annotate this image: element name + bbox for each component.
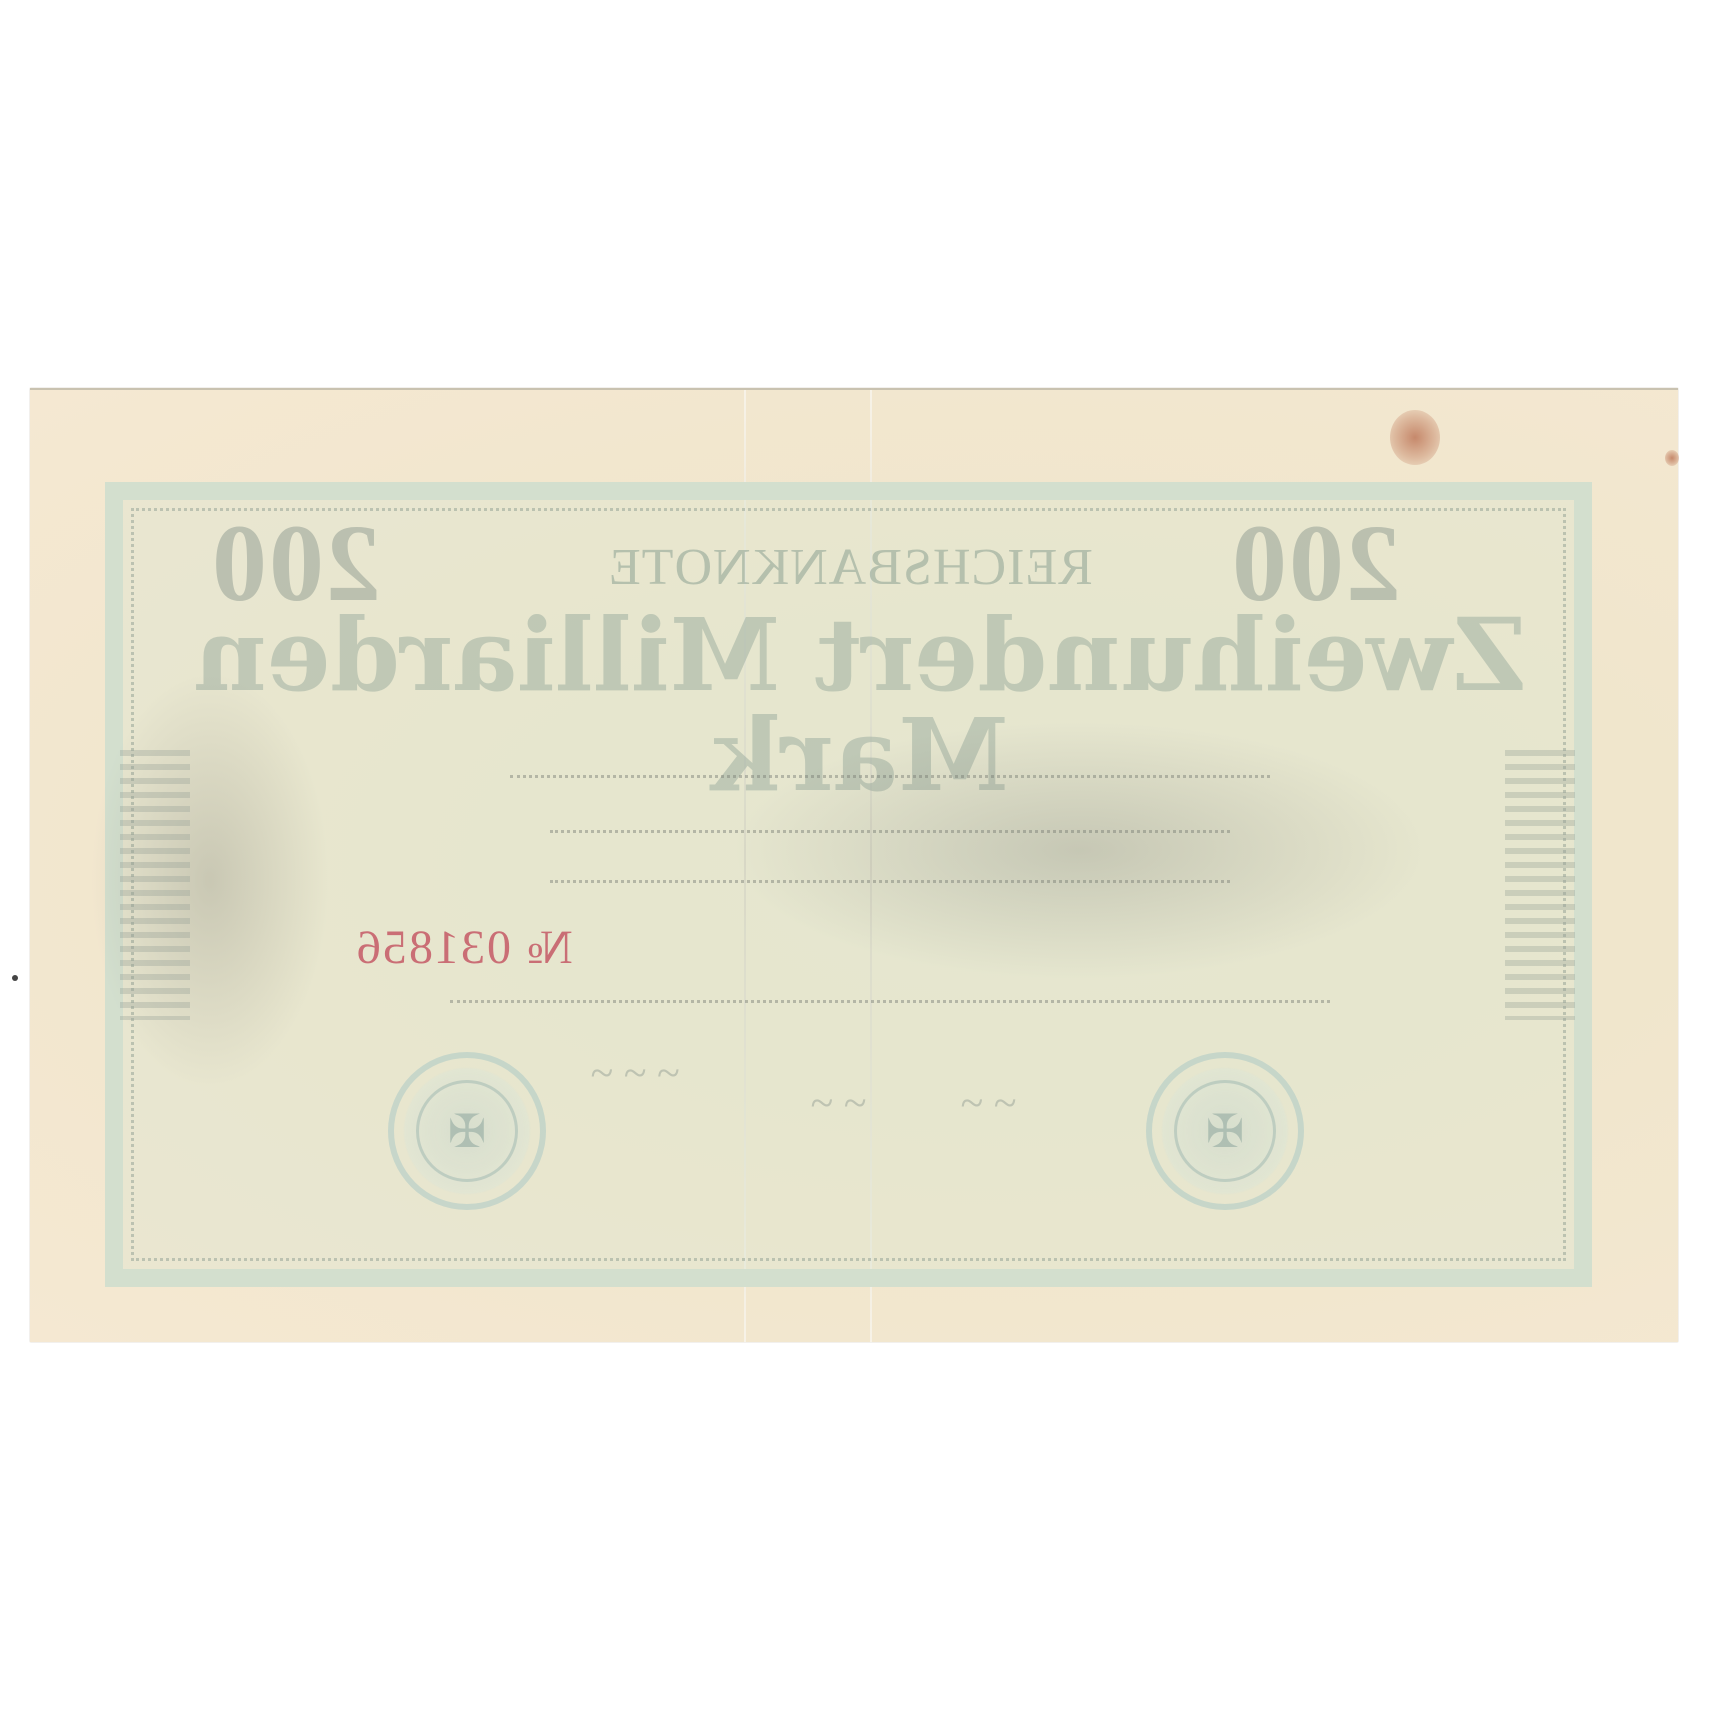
brown-stain-small bbox=[1665, 450, 1679, 466]
faded-text-line bbox=[450, 1000, 1330, 1017]
side-ornament-right bbox=[1505, 750, 1575, 1020]
signature-block: ~ ~ ~ bbox=[590, 1050, 679, 1098]
faded-text-line bbox=[510, 775, 1270, 792]
signature-block: ~ ~ bbox=[960, 1080, 1016, 1128]
seal-right: ✠ bbox=[1146, 1052, 1304, 1210]
eagle-icon: ✠ bbox=[1206, 1104, 1245, 1158]
dirt-smudge bbox=[730, 720, 1430, 980]
note-title: REICHSBANKNOTE bbox=[570, 538, 1130, 597]
serial-number: № 031856 bbox=[355, 920, 573, 975]
banknote-paper: 200 200 REICHSBANKNOTE Zweihundert Milli… bbox=[30, 388, 1678, 1342]
seal-left: ✠ bbox=[388, 1052, 546, 1210]
side-ornament-left bbox=[120, 750, 190, 1020]
faded-text-line bbox=[550, 830, 1230, 847]
dust-speck bbox=[12, 975, 18, 981]
signature-block: ~ ~ bbox=[810, 1080, 866, 1128]
serial-digits: 031856 bbox=[355, 921, 511, 974]
brown-stain bbox=[1390, 410, 1440, 465]
faded-text-line bbox=[550, 880, 1230, 897]
serial-prefix: № bbox=[525, 921, 573, 974]
eagle-icon: ✠ bbox=[448, 1104, 487, 1158]
